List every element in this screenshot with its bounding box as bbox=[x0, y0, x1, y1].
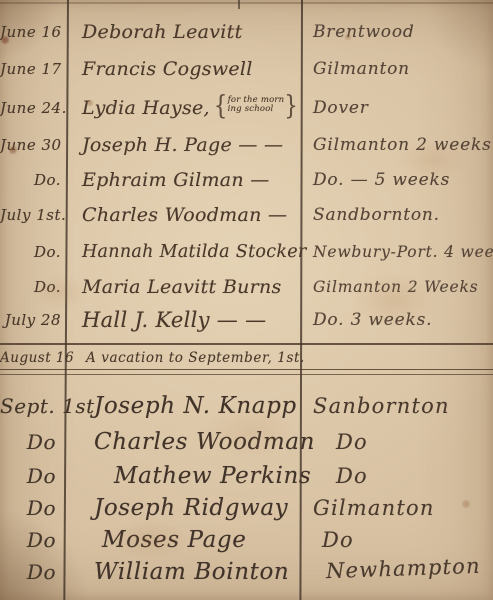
name-cell: Lydia Hayse, { for the morn ing school } bbox=[68, 97, 302, 119]
name-text: Maria Leavitt Burns bbox=[82, 276, 282, 298]
name-cell: Joseph Ridgway bbox=[68, 495, 302, 521]
ledger-row: Do Moses Page Do bbox=[0, 522, 493, 558]
date-cell: June 24. bbox=[0, 99, 68, 117]
place-cell: Do bbox=[302, 528, 493, 552]
date-cell: Sept. 1st bbox=[0, 394, 68, 418]
name-cell: Maria Leavitt Burns bbox=[68, 276, 302, 298]
place-cell: Dover bbox=[302, 98, 493, 118]
ledger-row: Do William Bointon Newhampton bbox=[0, 554, 493, 590]
name-text: Charles Woodman bbox=[94, 429, 315, 455]
ledger-row: Do Mathew Perkins Do bbox=[0, 458, 493, 494]
name-cell: William Bointon bbox=[68, 559, 302, 585]
place-cell: Do bbox=[302, 464, 493, 488]
name-cell: Deborah Leavitt bbox=[68, 21, 302, 43]
name-text: Moses Page bbox=[102, 527, 246, 553]
name-cell: Charles Woodman bbox=[68, 429, 302, 455]
date-cell: July 28 bbox=[0, 311, 68, 329]
date-cell: Do. bbox=[0, 278, 68, 296]
ledger-row: Do. Ephraim Gilman — Do. — 5 weeks bbox=[0, 162, 493, 198]
place-cell: Brentwood bbox=[302, 22, 493, 42]
name-cell: Francis Cogswell bbox=[68, 58, 302, 80]
date-cell: Do bbox=[0, 430, 68, 454]
place-cell: Gilmanton bbox=[302, 496, 493, 520]
ledger-row: Sept. 1st Joseph N. Knapp Sanbornton bbox=[0, 388, 493, 424]
annotation-lines: for the morn ing school bbox=[228, 96, 285, 115]
place-cell: Newhampton bbox=[302, 553, 493, 584]
name-text: William Bointon bbox=[94, 559, 289, 585]
name-cell: Hall J. Kelly — — bbox=[68, 308, 302, 332]
name-cell: Charles Woodman — bbox=[68, 204, 302, 226]
name-cell: Joseph H. Page — — bbox=[68, 134, 302, 156]
date-cell: Do bbox=[0, 464, 68, 488]
date-cell: Do. bbox=[0, 171, 68, 189]
name-cell: Mathew Perkins bbox=[68, 463, 302, 489]
stray-ink-mark bbox=[238, 0, 240, 9]
name-cell: Ephraim Gilman — bbox=[68, 169, 302, 191]
ledger-row: July 28 Hall J. Kelly — — Do. 3 weeks. bbox=[0, 302, 493, 338]
date-cell: Do bbox=[0, 560, 68, 584]
ledger-row: Do. Maria Leavitt Burns Gilmanton 2 Week… bbox=[0, 269, 493, 305]
open-brace: { bbox=[214, 90, 228, 120]
annotation-line: ing school bbox=[228, 105, 285, 114]
name-text: Joseph Ridgway bbox=[94, 495, 288, 521]
date-cell: June 17 bbox=[0, 60, 68, 78]
date-cell: Do bbox=[0, 496, 68, 520]
name-text: Deborah Leavitt bbox=[82, 21, 243, 43]
name-cell: Joseph N. Knapp bbox=[68, 393, 302, 419]
name-text: Lydia Hayse, bbox=[82, 97, 210, 119]
place-cell: Sandbornton. bbox=[302, 205, 493, 225]
name-text: Joseph H. Page — — bbox=[82, 134, 283, 156]
place-cell: Do. 3 weeks. bbox=[302, 310, 493, 330]
ledger-row: July 1st. Charles Woodman — Sandbornton. bbox=[0, 197, 493, 233]
date-cell: Do. bbox=[0, 243, 68, 261]
ledger-row: June 24. Lydia Hayse, { for the morn ing… bbox=[0, 90, 493, 126]
name-text: Hall J. Kelly — — bbox=[82, 308, 266, 332]
ledger-row: June 17 Francis Cogswell Gilmanton bbox=[0, 51, 493, 87]
place-cell: Gilmanton 2 weeks bbox=[302, 135, 493, 155]
ledger-row: June 30 Joseph H. Page — — Gilmanton 2 w… bbox=[0, 127, 493, 163]
marginal-annotation: { for the morn ing school } bbox=[214, 93, 298, 117]
ledger-row: Do Charles Woodman Do bbox=[0, 424, 493, 460]
date-cell: August 16 bbox=[0, 350, 68, 366]
close-brace: } bbox=[284, 90, 298, 120]
name-text: Ephraim Gilman — bbox=[82, 169, 270, 191]
date-cell: Do bbox=[0, 528, 68, 552]
name-text: Joseph N. Knapp bbox=[94, 393, 297, 419]
name-text: Mathew Perkins bbox=[114, 463, 311, 489]
date-cell: June 16 bbox=[0, 23, 68, 41]
ledger-row: Do Joseph Ridgway Gilmanton bbox=[0, 490, 493, 526]
place-cell: Gilmanton 2 Weeks bbox=[302, 278, 493, 296]
place-cell: Do bbox=[302, 430, 493, 454]
name-cell: Hannah Matilda Stocker bbox=[68, 242, 302, 262]
date-cell: June 30 bbox=[0, 136, 68, 154]
name-cell: Moses Page bbox=[68, 527, 302, 553]
place-cell: Do. — 5 weeks bbox=[302, 170, 493, 190]
name-text: Hannah Matilda Stocker bbox=[82, 242, 307, 262]
ledger-page: June 16 Deborah Leavitt Brentwood June 1… bbox=[0, 0, 493, 600]
name-text: Francis Cogswell bbox=[82, 58, 253, 80]
name-text: Charles Woodman — bbox=[82, 204, 287, 226]
place-cell: Newbury-Port. 4 weeks bbox=[302, 243, 493, 261]
ledger-row: Do. Hannah Matilda Stocker Newbury-Port.… bbox=[0, 234, 493, 270]
date-cell: July 1st. bbox=[0, 206, 68, 224]
place-cell: Gilmanton bbox=[302, 59, 493, 79]
vacation-note: A vacation to September, 1st. bbox=[68, 350, 493, 366]
place-cell: Sanbornton bbox=[302, 394, 493, 418]
section-divider-lower-2 bbox=[0, 374, 493, 375]
vacation-row: August 16 A vacation to September, 1st. bbox=[0, 345, 493, 371]
top-edge-rule bbox=[0, 2, 493, 4]
ledger-row: June 16 Deborah Leavitt Brentwood bbox=[0, 14, 493, 50]
